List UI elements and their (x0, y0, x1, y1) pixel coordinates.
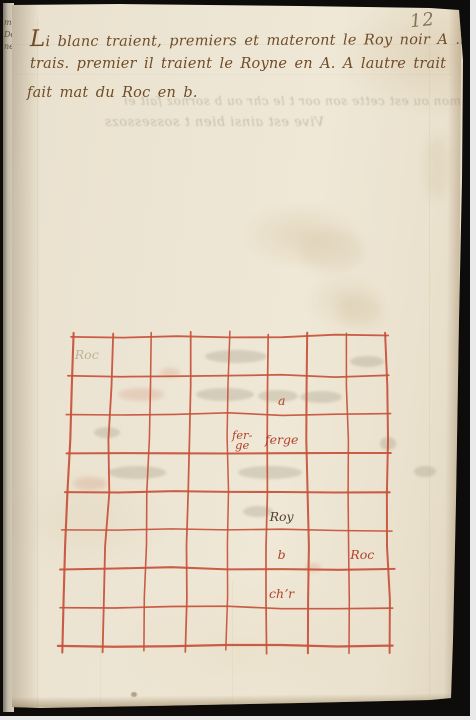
board-label-roc: Roc (350, 549, 374, 562)
board-label-ferge: ferge (265, 433, 298, 446)
board-label-roc: Roc (75, 349, 99, 362)
manuscript-scan-root: maDene mon ou est cette son oor t le chr… (0, 0, 476, 720)
board-label-chr: chʼr (269, 588, 294, 601)
board-label-roy: Roy (270, 511, 294, 524)
chessboard-labels: Rocafer-gefergeRoybRocchʼr (0, 0, 476, 720)
manuscript-page: mon ou est cette son oor t le chr ou b s… (0, 0, 476, 720)
board-label-a: a (278, 395, 285, 408)
board-label-b: b (278, 549, 286, 562)
board-label-fer: fer-ge (232, 430, 252, 450)
